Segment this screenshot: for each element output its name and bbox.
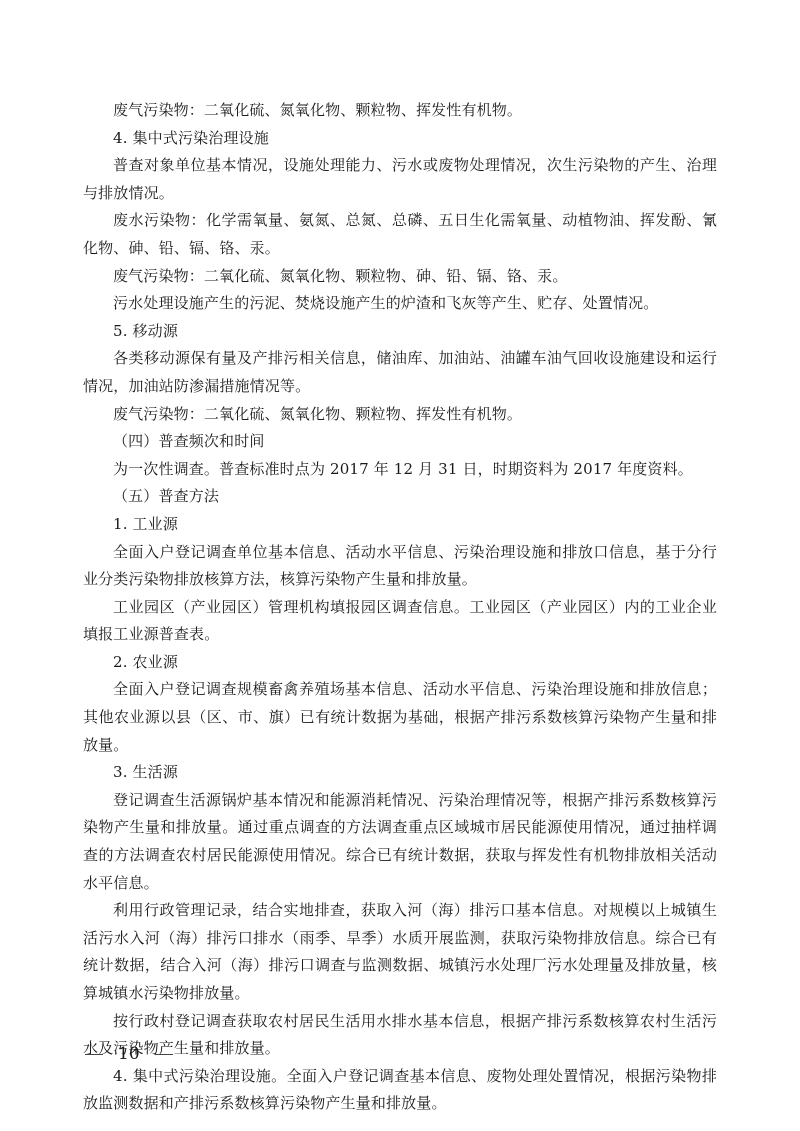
paragraph-domestic-2: 利用行政管理记录，结合实地排查，获取入河（海）排污口基本信息。对规模以上城镇生活…: [83, 897, 717, 1007]
page-number: 10: [118, 1044, 140, 1064]
heading-frequency-time: （四）普查频次和时间: [83, 428, 717, 456]
paragraph-domestic-1: 登记调查生活源锅炉基本情况和能源消耗情况、污染治理情况等，根据产排污系数核算污染…: [83, 787, 717, 897]
heading-mobile-sources: 5. 移动源: [83, 318, 717, 346]
paragraph-waste-water: 废水污染物：化学需氧量、氨氮、总氮、总磷、五日生化需氧量、动植物油、挥发酚、氰化…: [83, 207, 717, 262]
footer-dash-left: [85, 1054, 103, 1055]
paragraph-agricultural: 全面入户登记调查规模畜禽养殖场基本信息、活动水平信息、污染治理设施和排放信息；其…: [83, 676, 717, 759]
paragraph-mobile-scope: 各类移动源保有量及产排污相关信息，储油库、加油站、油罐车油气回收设施建设和运行情…: [83, 345, 717, 400]
heading-domestic: 3. 生活源: [83, 759, 717, 787]
page-footer: 10: [85, 1044, 173, 1064]
paragraph-facility-scope: 普查对象单位基本情况，设施处理能力、污水或废物处理情况，次生污染物的产生、治理与…: [83, 152, 717, 207]
paragraph-sludge: 污水处理设施产生的污泥、焚烧设施产生的炉渣和飞灰等产生、贮存、处置情况。: [83, 290, 717, 318]
paragraph-industrial-1: 全面入户登记调查单位基本信息、活动水平信息、污染治理设施和排放口信息，基于分行业…: [83, 539, 717, 594]
paragraph-waste-gas-2: 废气污染物：二氧化硫、氮氧化物、颗粒物、砷、铅、镉、铬、汞。: [83, 263, 717, 291]
footer-dash-right: [155, 1054, 173, 1055]
paragraph-industrial-2: 工业园区（产业园区）管理机构填报园区调查信息。工业园区（产业园区）内的工业企业填…: [83, 594, 717, 649]
document-body: 废气污染物：二氧化硫、氮氧化物、颗粒物、挥发性有机物。 4. 集中式污染治理设施…: [83, 97, 717, 1118]
paragraph-waste-gas-3: 废气污染物：二氧化硫、氮氧化物、颗粒物、挥发性有机物。: [83, 401, 717, 429]
paragraph-domestic-3: 按行政村登记调查获取农村居民生活用水排水基本信息，根据产排污系数核算农村生活污水…: [83, 1008, 717, 1063]
heading-agricultural: 2. 农业源: [83, 649, 717, 677]
heading-centralized-facilities: 4. 集中式污染治理设施: [83, 125, 717, 153]
paragraph-frequency: 为一次性调查。普查标准时点为 2017 年 12 月 31 日，时期资料为 20…: [83, 456, 717, 484]
paragraph-waste-gas-1: 废气污染物：二氧化硫、氮氧化物、颗粒物、挥发性有机物。: [83, 97, 717, 125]
paragraph-centralized-method: 4. 集中式污染治理设施。全面入户登记调查基本信息、废物处理处置情况，根据污染物…: [83, 1063, 717, 1118]
heading-methods: （五）普查方法: [83, 483, 717, 511]
heading-industrial: 1. 工业源: [83, 511, 717, 539]
